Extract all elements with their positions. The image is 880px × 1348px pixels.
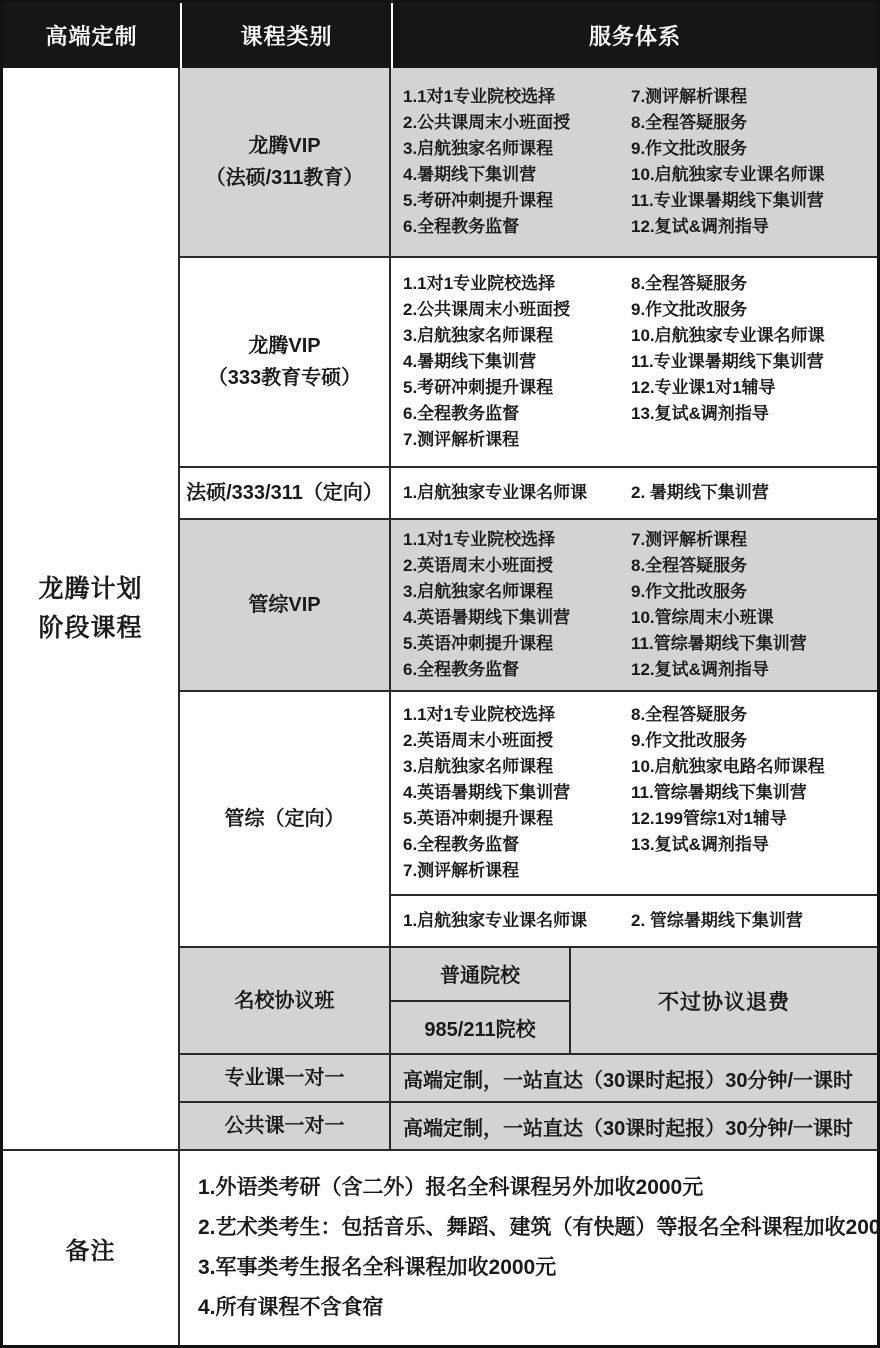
tier-regular-schools: 普通院校 <box>391 948 569 1000</box>
services-extra-right: 2. 管综暑期线下集训营 <box>631 908 877 934</box>
left-column: 龙腾计划 阶段课程 备注 <box>3 68 180 1345</box>
services-cell: 1.1对1专业院校选择 2.公共课周末小班面授 3.启航独家名师课程 4.暑期线… <box>391 68 877 256</box>
refund-policy-cell: 不过协议退费 <box>569 948 877 1053</box>
table-body: 龙腾计划 阶段课程 备注 龙腾VIP （法硕/311教育） 1.1对1专业院校选… <box>3 68 877 1345</box>
rows-region: 龙腾VIP （法硕/311教育） 1.1对1专业院校选择 2.公共课周末小班面授… <box>180 68 877 1345</box>
services-list-left: 1.1对1专业院校选择 2.公共课周末小班面授 3.启航独家名师课程 4.暑期线… <box>403 271 631 453</box>
services-cell-group: 1.1对1专业院校选择 2.英语周末小班面授 3.启航独家名师课程 4.英语暑期… <box>391 692 877 946</box>
services-list-left: 1.1对1专业院校选择 2.公共课周末小班面授 3.启航独家名师课程 4.暑期线… <box>403 84 631 240</box>
notes-row: 1.外语类考研（含二外）报名全科课程另外加收2000元 2.艺术类考生：包括音乐… <box>180 1149 877 1345</box>
section-row-protocol-class: 名校协议班 普通院校 985/211院校 不过协议退费 <box>180 946 877 1053</box>
category-cell: 管综（定向） <box>180 692 391 946</box>
services-extra-row: 1.启航独家专业课名师课 2. 管综暑期线下集训营 <box>391 894 877 946</box>
header-cell-service-system: 服务体系 <box>391 3 877 68</box>
services-list-left: 1.1对1专业院校选择 2.英语周末小班面授 3.启航独家名师课程 4.英语暑期… <box>403 527 631 683</box>
services-extra-left: 1.启航独家专业课名师课 <box>403 908 631 934</box>
tier-985-211-schools: 985/211院校 <box>391 1000 569 1054</box>
services-list-right: 2. 暑期线下集训营 <box>631 480 877 506</box>
one-on-one-detail: 高端定制，一站直达（30课时起报）30分钟/一课时 <box>391 1055 877 1101</box>
course-service-table: 高端定制 课程类别 服务体系 龙腾计划 阶段课程 备注 龙腾VIP （法硕/31… <box>0 0 880 1348</box>
services-list-right: 8.全程答疑服务 9.作文批改服务 10.启航独家电路名师课程 11.管综暑期线… <box>631 702 877 858</box>
category-cell: 公共课一对一 <box>180 1103 391 1149</box>
services-list-left: 1.启航独家专业课名师课 <box>403 480 631 506</box>
services-list-right: 7.测评解析课程 8.全程答疑服务 9.作文批改服务 10.启航独家专业课名师课… <box>631 84 877 240</box>
services-cell: 1.启航独家专业课名师课 2. 暑期线下集训营 <box>391 468 877 518</box>
section-row-public-one-on-one: 公共课一对一 高端定制，一站直达（30课时起报）30分钟/一课时 <box>180 1101 877 1149</box>
table-header: 高端定制 课程类别 服务体系 <box>3 3 877 68</box>
category-cell: 龙腾VIP （法硕/311教育） <box>180 68 391 256</box>
section-row-guanzong-targeted: 管综（定向） 1.1对1专业院校选择 2.英语周末小班面授 3.启航独家名师课程… <box>180 690 877 946</box>
notes-label: 备注 <box>3 1149 178 1345</box>
notes-list: 1.外语类考研（含二外）报名全科课程另外加收2000元 2.艺术类考生：包括音乐… <box>180 1151 877 1345</box>
services-list-left: 1.1对1专业院校选择 2.英语周末小班面授 3.启航独家名师课程 4.英语暑期… <box>403 702 631 884</box>
section-row-major-one-on-one: 专业课一对一 高端定制，一站直达（30课时起报）30分钟/一课时 <box>180 1053 877 1101</box>
stage-course-label: 龙腾计划 阶段课程 <box>3 68 178 1149</box>
services-cell: 1.1对1专业院校选择 2.英语周末小班面授 3.启航独家名师课程 4.英语暑期… <box>391 692 877 894</box>
services-list-right: 8.全程答疑服务 9.作文批改服务 10.启航独家专业课名师课 11.专业课暑期… <box>631 271 877 427</box>
category-cell: 名校协议班 <box>180 948 391 1053</box>
services-list-right: 7.测评解析课程 8.全程答疑服务 9.作文批改服务 10.管综周末小班课 11… <box>631 527 877 683</box>
category-cell: 管综VIP <box>180 520 391 690</box>
school-tier-column: 普通院校 985/211院校 <box>391 948 569 1053</box>
section-row-fashuo-333-311-targeted: 法硕/333/311（定向） 1.启航独家专业课名师课 2. 暑期线下集训营 <box>180 466 877 518</box>
header-cell-course-category: 课程类别 <box>180 3 391 68</box>
category-cell: 专业课一对一 <box>180 1055 391 1101</box>
header-cell-premium-custom: 高端定制 <box>3 3 180 68</box>
section-row-longteng-vip-333: 龙腾VIP （333教育专硕） 1.1对1专业院校选择 2.公共课周末小班面授 … <box>180 256 877 466</box>
category-cell: 法硕/333/311（定向） <box>180 468 391 518</box>
category-cell: 龙腾VIP （333教育专硕） <box>180 258 391 466</box>
services-cell: 1.1对1专业院校选择 2.公共课周末小班面授 3.启航独家名师课程 4.暑期线… <box>391 258 877 466</box>
one-on-one-detail: 高端定制，一站直达（30课时起报）30分钟/一课时 <box>391 1103 877 1149</box>
services-cell: 1.1对1专业院校选择 2.英语周末小班面授 3.启航独家名师课程 4.英语暑期… <box>391 520 877 690</box>
section-row-guanzong-vip: 管综VIP 1.1对1专业院校选择 2.英语周末小班面授 3.启航独家名师课程 … <box>180 518 877 690</box>
section-row-longteng-vip-fashuo311: 龙腾VIP （法硕/311教育） 1.1对1专业院校选择 2.公共课周末小班面授… <box>180 68 877 256</box>
